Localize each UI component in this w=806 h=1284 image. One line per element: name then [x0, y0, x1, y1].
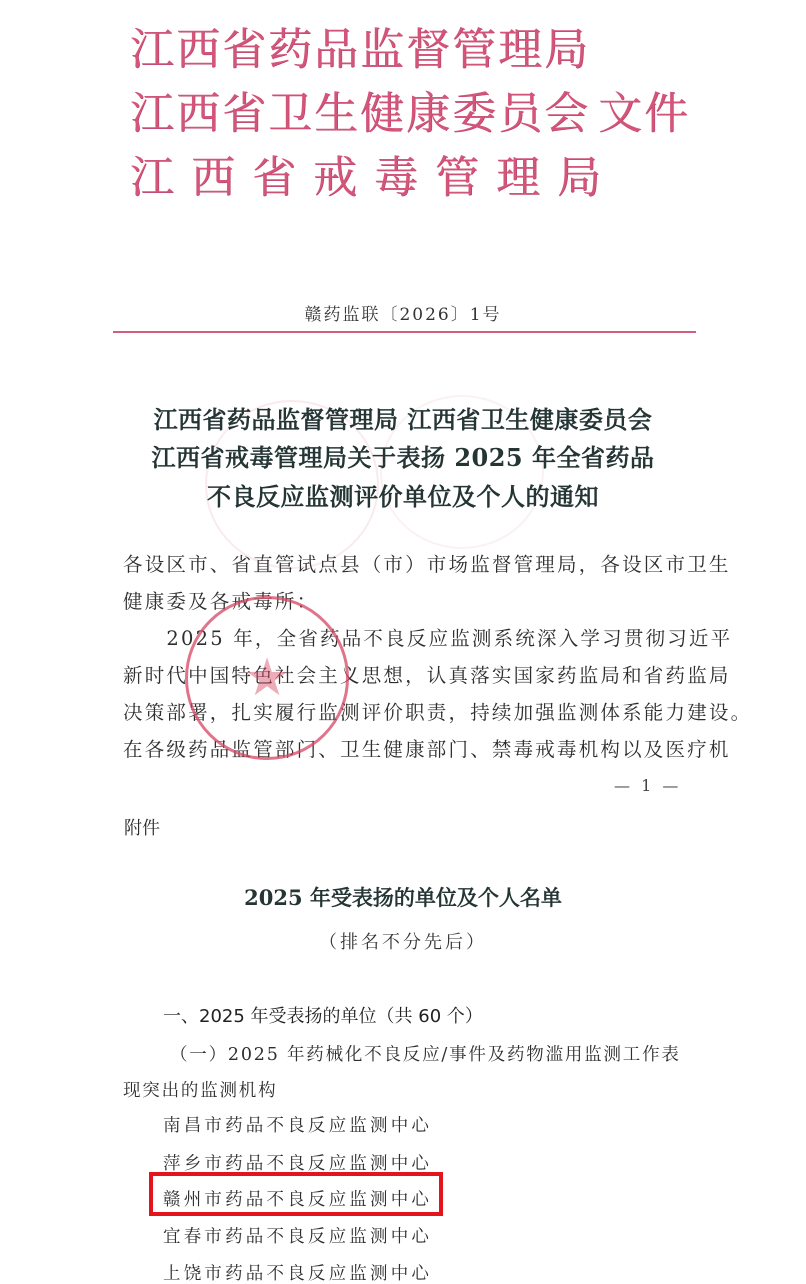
- document-number: 赣药监联〔2026〕1号: [0, 300, 806, 325]
- body-text-line: 新时代中国特色社会主义思想，认真落实国家药监局和省药监局: [123, 664, 731, 688]
- section-heading: 一、2025 年受表扬的单位（共 60 个）: [163, 1002, 483, 1028]
- subsection-heading-continued: 现突出的监测机构: [123, 1077, 277, 1102]
- notice-title-line: 江西省戒毒管理局关于表扬 2025 年全省药品: [0, 438, 806, 473]
- body-text-line: 健康委及各戒毒所：: [123, 590, 318, 614]
- body-text-line: 决策部署，扎实履行监测评价职责，持续加强监测体系能力建设。: [123, 701, 752, 725]
- red-highlight-box: [149, 1172, 443, 1216]
- attachment-subtitle: （排名不分先后）: [0, 928, 806, 954]
- letterhead-line-health-commission: 江西省卫生健康委员会: [130, 88, 590, 140]
- subsection-heading: （一）2025 年药械化不良反应/事件及药物滥用监测工作表: [170, 1041, 681, 1066]
- letterhead-divider: [113, 331, 696, 333]
- organization-list-item: 南昌市药品不良反应监测中心: [163, 1112, 432, 1137]
- page-number: — 1 —: [614, 776, 681, 795]
- body-text-line: 2025 年，全省药品不良反应监测系统深入学习贯彻习近平: [123, 627, 732, 651]
- body-text-line: 各设区市、省直管试点县（市）市场监督管理局，各设区市卫生: [123, 553, 731, 577]
- notice-title-line: 不良反应监测评价单位及个人的通知: [0, 477, 806, 512]
- attachment-title: 2025 年受表扬的单位及个人名单: [0, 882, 806, 912]
- attachment-label: 附件: [124, 814, 160, 840]
- organization-list-item: 宜春市药品不良反应监测中心: [163, 1223, 432, 1248]
- letterhead-line-drug-rehab-bureau: 江西省戒毒管理局: [130, 152, 618, 204]
- notice-title-line: 江西省药品监督管理局 江西省卫生健康委员会: [0, 400, 806, 435]
- organization-list-item: 上饶市药品不良反应监测中心: [163, 1260, 432, 1284]
- letterhead-line-drug-administration: 江西省药品监督管理局: [130, 24, 590, 76]
- body-text-line: 在各级药品监管部门、卫生健康部门、禁毒戒毒机构以及医疗机: [123, 738, 731, 762]
- letterhead-suffix: 文件: [598, 88, 690, 140]
